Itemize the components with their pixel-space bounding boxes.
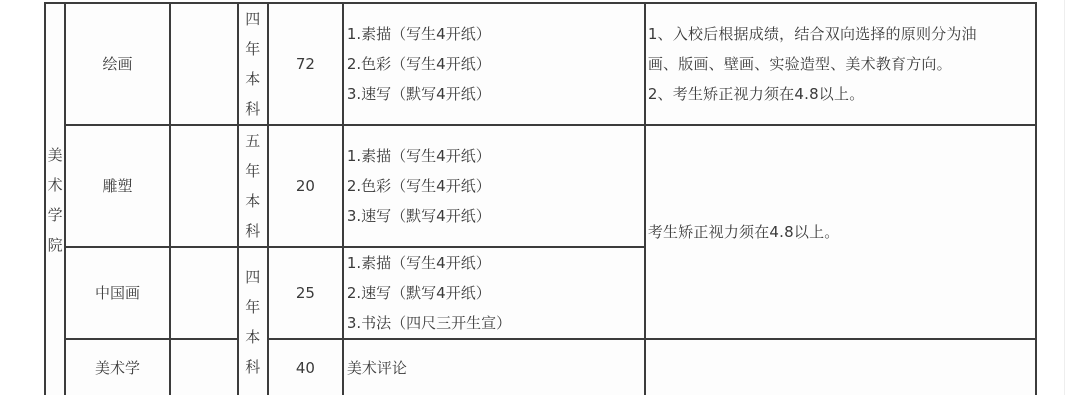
enrollment-count: 72 xyxy=(296,55,315,73)
exam-subject: 美术评论 xyxy=(347,353,644,383)
empty-cell xyxy=(170,3,238,125)
major-cell: 中国画 xyxy=(65,247,169,339)
table-row: 美 术 学 院 绘画 四 年 本 科 72 xyxy=(45,3,1036,125)
note-line: 考生矫正视力须在4.8以上。 xyxy=(648,217,1035,247)
exam-subject: 2.速写（默写4开纸） xyxy=(347,278,644,308)
duration-char: 本 xyxy=(245,64,260,94)
major-name: 雕塑 xyxy=(102,177,132,195)
enrollment-count: 25 xyxy=(296,284,315,302)
exam-subjects-cell: 1.素描（写生4开纸） 2.速写（默写4开纸） 3.书法（四尺三开生宣） xyxy=(343,247,645,339)
major-cell: 绘画 xyxy=(65,3,169,125)
exam-subject: 2.色彩（写生4开纸） xyxy=(347,171,644,201)
empty-cell xyxy=(170,339,238,395)
page-edge xyxy=(1064,0,1065,395)
duration-char: 年 xyxy=(245,34,260,64)
duration-char: 五 xyxy=(245,126,260,156)
enrollment-cell: 72 xyxy=(268,3,343,125)
enrollment-cell: 20 xyxy=(268,125,343,247)
notes-cell: 1、入校后根据成绩，结合双向选择的原则分为油 画、版画、壁画、实验造型、美术教育… xyxy=(645,3,1036,125)
enrollment-cell: 25 xyxy=(268,247,343,339)
exam-subject: 2.色彩（写生4开纸） xyxy=(347,49,644,79)
duration-text: 五 年 本 科 xyxy=(239,126,267,246)
notes-cell xyxy=(645,339,1036,395)
duration-char: 科 xyxy=(245,352,260,382)
duration-cell: 四 年 本 科 xyxy=(238,247,268,395)
exam-subject: 3.书法（四尺三开生宣） xyxy=(347,308,644,338)
duration-char: 科 xyxy=(245,94,260,124)
exam-subjects-cell: 1.素描（写生4开纸） 2.色彩（写生4开纸） 3.速写（默写4开纸） xyxy=(343,125,645,247)
duration-text: 四 年 本 科 xyxy=(239,4,267,124)
table-row: 美术学 40 美术评论 xyxy=(45,339,1036,395)
duration-char: 科 xyxy=(245,216,260,246)
college-char: 术 xyxy=(48,170,63,200)
duration-char: 年 xyxy=(245,292,260,322)
exam-subject: 1.素描（写生4开纸） xyxy=(347,141,644,171)
document-page: 美 术 学 院 绘画 四 年 本 科 72 xyxy=(0,0,1080,395)
admissions-table: 美 术 学 院 绘画 四 年 本 科 72 xyxy=(44,2,1037,395)
exam-subject: 1.素描（写生4开纸） xyxy=(347,248,644,278)
college-char: 院 xyxy=(48,230,63,260)
empty-cell xyxy=(170,125,238,247)
college-char: 美 xyxy=(48,140,63,170)
exam-subjects-cell: 1.素描（写生4开纸） 2.色彩（写生4开纸） 3.速写（默写4开纸） xyxy=(343,3,645,125)
exam-subject: 1.素描（写生4开纸） xyxy=(347,19,644,49)
major-name: 绘画 xyxy=(102,55,132,73)
college-char: 学 xyxy=(48,200,63,230)
duration-char: 本 xyxy=(245,322,260,352)
note-line: 1、入校后根据成绩，结合双向选择的原则分为油 xyxy=(648,19,1035,49)
college-name: 美 术 学 院 xyxy=(46,140,64,260)
duration-cell: 五 年 本 科 xyxy=(238,125,268,247)
enrollment-count: 20 xyxy=(296,177,315,195)
duration-cell: 四 年 本 科 xyxy=(238,3,268,125)
major-cell: 美术学 xyxy=(65,339,169,395)
note-line: 2、考生矫正视力须在4.8以上。 xyxy=(648,79,1035,109)
note-line: 画、版画、壁画、实验造型、美术教育方向。 xyxy=(648,49,1035,79)
duration-char: 四 xyxy=(245,262,260,292)
major-cell: 雕塑 xyxy=(65,125,169,247)
major-name: 美术学 xyxy=(95,359,140,377)
enrollment-cell: 40 xyxy=(268,339,343,395)
exam-subjects-cell: 美术评论 xyxy=(343,339,645,395)
duration-text: 四 年 本 科 xyxy=(239,262,267,382)
exam-subject: 3.速写（默写4开纸） xyxy=(347,201,644,231)
major-name: 中国画 xyxy=(95,284,140,302)
table-row: 雕塑 五 年 本 科 20 1.素描（写生4开纸） 2.色彩（写生4开纸） 3.… xyxy=(45,125,1036,247)
empty-cell xyxy=(170,247,238,339)
duration-char: 四 xyxy=(245,4,260,34)
duration-char: 本 xyxy=(245,186,260,216)
exam-subject: 3.速写（默写4开纸） xyxy=(347,79,644,109)
enrollment-count: 40 xyxy=(296,359,315,377)
college-cell: 美 术 学 院 xyxy=(45,3,65,395)
notes-cell: 考生矫正视力须在4.8以上。 xyxy=(645,125,1036,339)
duration-char: 年 xyxy=(245,156,260,186)
